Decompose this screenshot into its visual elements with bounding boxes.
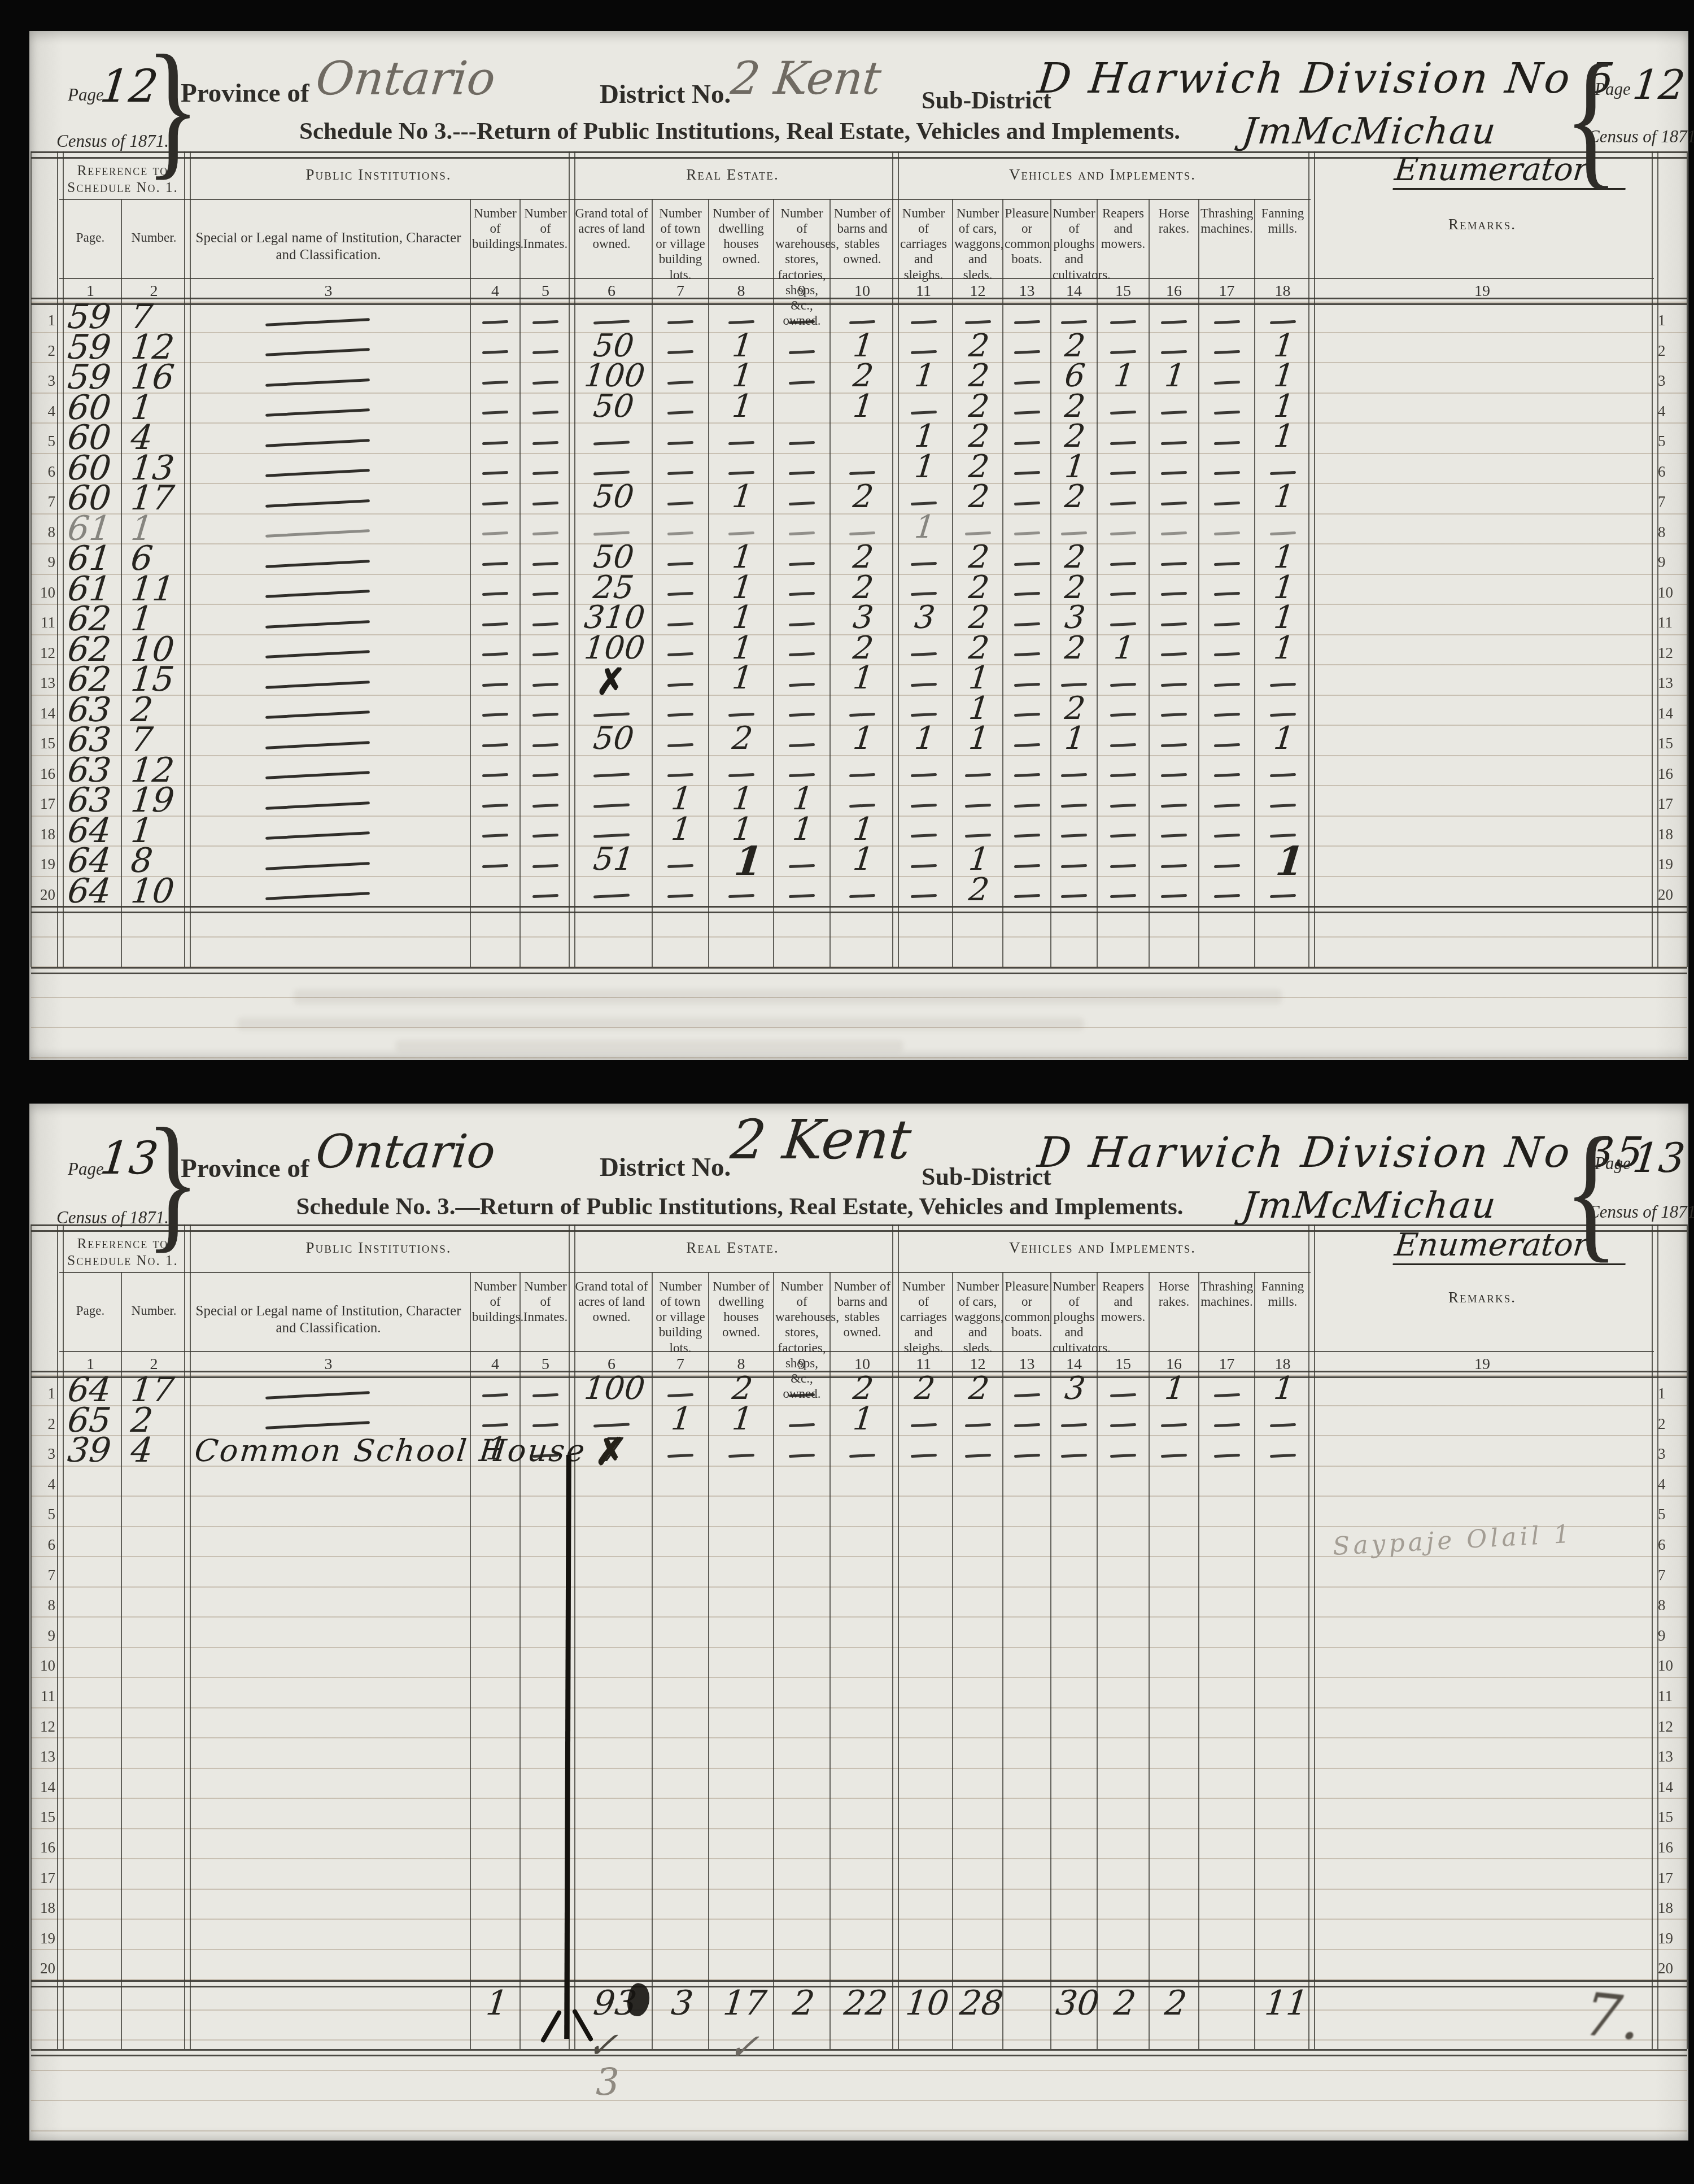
grid-vline-double-p12 (569, 151, 575, 967)
column-label-10-p12: Number of barns and stables owned. (832, 206, 893, 267)
row-number-left-14-p13: 14 (33, 1778, 55, 1796)
row-number-right-6-p13: 6 (1658, 1536, 1666, 1554)
cell-r7-c12-p12: 2 (967, 478, 990, 515)
cell-r19-c18-p12: 1 (1273, 838, 1306, 884)
row-number-left-11-p12: 11 (33, 614, 55, 631)
column-number-6-p12: 6 (571, 282, 652, 300)
table-top-rule-p12 (31, 151, 1687, 159)
column-label-12-p13: Number of cars, waggons, and sleds. (954, 1279, 1001, 1355)
column-label-3-p13: Special or Legal name of Institution, Ch… (188, 1303, 469, 1336)
table-end-rule-p13 (31, 2049, 1687, 2056)
row-number-left-18-p13: 18 (33, 1899, 55, 1917)
right-page-number-p12: 12 (1631, 61, 1687, 108)
cell-r2-c8-p13: 1 (730, 1401, 754, 1437)
group-public-institutions-p13: Public Institutions. (186, 1239, 571, 1257)
row-number-right-19-p12: 19 (1658, 856, 1673, 873)
column-number-15-p13: 15 (1097, 1355, 1149, 1374)
grid-vline-p12 (1097, 199, 1098, 967)
column-number-3-p13: 3 (186, 1355, 470, 1374)
enumerator-signature-p13: JmMcMichau (1240, 1185, 1499, 1227)
row-number-right-1-p13: 1 (1658, 1385, 1666, 1402)
column-label-14-p12: Number of ploughs and cultivators. (1053, 206, 1095, 282)
grid-vline-double-p13 (57, 1224, 64, 2049)
row-number-right-12-p12: 12 (1658, 644, 1673, 662)
grid-vline-p13 (1050, 1272, 1051, 2049)
column-label-7-p13: Number of town or village building lots. (654, 1279, 707, 1355)
column-label-9-p12: Number of warehouses, stores, factories,… (775, 206, 828, 328)
row-number-left-9-p13: 9 (33, 1627, 55, 1645)
grid-vline-p13 (470, 1272, 471, 2049)
column-label-5-p12: Number of Inmates. (522, 206, 569, 251)
right-page-word-p12: Page (1595, 79, 1631, 99)
column-label-13-p12: Pleasure or common boats. (1005, 206, 1049, 267)
grid-vline-p13 (1198, 1272, 1199, 2049)
cell-r7-c6-p12: 50 (592, 478, 636, 515)
cell-r19-c10-p12: 1 (852, 841, 875, 878)
province-value-p12: Ontario (313, 52, 498, 106)
column-label-11-p12: Number of carriages and sleighs. (896, 206, 951, 282)
row-number-left-17-p13: 17 (33, 1869, 55, 1887)
grid-vline-p12 (1254, 199, 1255, 967)
column-number-17-p12: 17 (1199, 282, 1255, 300)
column-label-5-p13: Number of Inmates. (522, 1279, 569, 1324)
column-number-9-p12: 9 (774, 282, 830, 300)
totals-c9-p13: 2 (791, 1984, 817, 2023)
row-number-left-12-p12: 12 (33, 644, 55, 662)
column-number-4-p13: 4 (470, 1355, 520, 1374)
cell-r15-c12-p12: 1 (967, 720, 990, 757)
grid-vline-p12 (829, 199, 831, 967)
column-label-3-p12: Special or Legal name of Institution, Ch… (188, 230, 469, 263)
column-number-11-p12: 11 (894, 282, 953, 300)
right-brace-p13: { (1564, 1104, 1618, 1279)
grid-vline-p12 (1198, 199, 1199, 967)
row-number-right-15-p13: 15 (1658, 1808, 1673, 1826)
column-number-19-p13: 19 (1311, 1355, 1654, 1374)
row-number-right-17-p13: 17 (1658, 1869, 1673, 1887)
cell-page-r3-p13: 39 (66, 1431, 113, 1470)
column-label-17-p13: Thrashing machines. (1200, 1279, 1253, 1309)
row-number-right-9-p13: 9 (1658, 1627, 1666, 1645)
province-label-p13: Province of (181, 1153, 309, 1184)
row-number-left-5-p13: 5 (33, 1506, 55, 1523)
census-label-p12: Census of 1871. (56, 131, 169, 151)
label-bottom-rule-p12 (59, 278, 1654, 279)
row-number-left-2-p13: 2 (33, 1415, 55, 1433)
cell-r5-c18-p12: 1 (1272, 418, 1295, 455)
column-number-13-p13: 13 (1003, 1355, 1051, 1374)
column-number-8-p12: 8 (709, 282, 774, 300)
group-real-estate-p13: Real Estate. (571, 1239, 894, 1257)
right-page-number-p13: 13 (1631, 1134, 1687, 1182)
totals-c11-p13: 10 (903, 1984, 951, 2023)
paper-ruling-p13 (31, 1375, 1687, 2139)
grid-vline-p13 (519, 1272, 521, 2049)
grid-vline-p13 (708, 1272, 709, 2049)
row-number-right-16-p13: 16 (1658, 1839, 1673, 1856)
cell-r15-c11-p12: 1 (913, 720, 936, 757)
row-number-right-19-p13: 19 (1658, 1930, 1673, 1947)
cell-r2-c7-p13: 1 (670, 1401, 693, 1437)
cell-r12-c14-p12: 2 (1063, 630, 1087, 666)
column-number-7-p12: 7 (652, 282, 709, 300)
grid-vline-p13 (1002, 1272, 1003, 2049)
group-vehicles-implements-p13: Vehicles and Implements. (894, 1239, 1311, 1257)
row-number-right-18-p12: 18 (1658, 826, 1673, 843)
row-number-right-9-p12: 9 (1658, 553, 1666, 571)
province-label-p12: Province of (181, 78, 309, 108)
row-number-left-14-p12: 14 (33, 705, 55, 722)
cell-r4-c6-p12: 50 (592, 388, 636, 425)
right-page-word-p13: Page (1595, 1153, 1631, 1174)
cell-name-r3-p13: Common School House (193, 1433, 588, 1468)
cell-r3-c6-p13-strike: ✗ (595, 1429, 626, 1474)
row-number-left-20-p13: 20 (33, 1960, 55, 1977)
row-number-left-6-p12: 6 (33, 463, 55, 481)
district-value-p12: 2 Kent (728, 52, 884, 104)
row-number-left-16-p13: 16 (33, 1839, 55, 1856)
grid-vline-p12 (1149, 199, 1150, 967)
grid-vline-p13 (1687, 1224, 1688, 2049)
column-label-11-p13: Number of carriages and sleighs. (896, 1279, 951, 1355)
grid-vline-p13 (1097, 1272, 1098, 2049)
row-number-left-4-p13: 4 (33, 1476, 55, 1493)
row-number-left-7-p12: 7 (33, 493, 55, 511)
group-vehicles-implements-p12: Vehicles and Implements. (894, 166, 1311, 184)
totals-c14-p13: 30 (1054, 1984, 1101, 2023)
cell-r19-c8-p12: 1 (732, 838, 764, 884)
column-number-9-p13: 9 (774, 1355, 830, 1374)
row-number-right-4-p13: 4 (1658, 1476, 1666, 1493)
census-scan: Page12}Census of 1871.Province ofOntario… (0, 0, 1694, 2184)
cell-r1-c14-p13: 3 (1063, 1370, 1087, 1407)
column-label-6-p12: Grand total of acres of land owned. (573, 206, 650, 251)
cell-r18-c7-p12: 1 (670, 811, 693, 848)
cell-number-r3-p13: 4 (129, 1431, 155, 1470)
totals-c15-p13: 2 (1112, 1984, 1138, 2023)
checkmark-under-houses-p13: ✓ (726, 2026, 761, 2068)
remarks-header-p13: Remarks. (1311, 1289, 1654, 1306)
district-label-p13: District No. (600, 1152, 731, 1183)
row-number-right-10-p13: 10 (1658, 1657, 1673, 1675)
row-number-right-14-p12: 14 (1658, 705, 1673, 722)
totals-c7-p13: 3 (669, 1984, 695, 2023)
grid-vline-p13 (30, 1224, 32, 2049)
pencil-seven-p13: 7. (1581, 1980, 1644, 2054)
totals-c16-p13: 2 (1163, 1984, 1189, 2023)
cell-r7-c10-p12: 2 (852, 478, 875, 515)
row-number-right-2-p12: 2 (1658, 342, 1666, 360)
row-number-right-13-p12: 13 (1658, 674, 1673, 692)
column-number-19-p12: 19 (1311, 282, 1654, 300)
grid-vline-double-p13 (184, 1224, 191, 2049)
district-label-p12: District No. (600, 79, 731, 110)
column-number-14-p12: 14 (1051, 282, 1097, 300)
row-number-left-19-p13: 19 (33, 1930, 55, 1947)
group-bottom-rule-p13 (59, 1272, 1311, 1273)
row-number-right-7-p12: 7 (1658, 493, 1666, 511)
row-number-right-15-p12: 15 (1658, 735, 1673, 752)
row-number-right-16-p12: 16 (1658, 765, 1673, 783)
column-label-15-p13: Reapers and mowers. (1099, 1279, 1147, 1324)
cell-r8-c11-p12: 1 (913, 509, 936, 546)
grid-vline-p12 (30, 151, 32, 967)
column-number-7-p13: 7 (652, 1355, 709, 1374)
row-number-right-20-p13: 20 (1658, 1960, 1673, 1977)
district-value-p13: 2 Kent (728, 1108, 914, 1171)
cell-r3-c11-p12: 1 (913, 358, 936, 394)
cell-r15-c18-p12: 1 (1272, 720, 1295, 757)
group-real-estate-p12: Real Estate. (571, 166, 894, 184)
group-bottom-rule-p12 (59, 199, 1311, 200)
row-number-right-13-p13: 13 (1658, 1748, 1673, 1765)
column-number-17-p13: 17 (1199, 1355, 1255, 1374)
column-label-4-p12: Number of buildings. (472, 206, 518, 251)
row-number-right-1-p12: 1 (1658, 312, 1666, 329)
schedule-title-p12: Schedule No 3.---Return of Public Instit… (243, 117, 1237, 145)
subdistrict-value-p13: D Harwich Division No 35 (1035, 1128, 1647, 1177)
cell-r3-c15-p12: 1 (1112, 358, 1136, 394)
row-number-right-12-p13: 12 (1658, 1718, 1673, 1736)
row-number-left-20-p12: 20 (33, 886, 55, 904)
row-number-right-3-p13: 3 (1658, 1445, 1666, 1463)
column-number-13-p12: 13 (1003, 282, 1051, 300)
row-number-left-16-p12: 16 (33, 765, 55, 783)
grid-vline-p12 (519, 199, 521, 967)
column-label-7-p12: Number of town or village building lots. (654, 206, 707, 282)
schedule-title-p13: Schedule No. 3.—Return of Public Institu… (243, 1193, 1237, 1220)
cell-number-r20-p12: 10 (129, 871, 176, 911)
row-number-right-18-p13: 18 (1658, 1899, 1673, 1917)
cell-r1-c6-p13: 100 (583, 1370, 647, 1407)
row-number-left-12-p13: 12 (33, 1718, 55, 1736)
column-number-16-p12: 16 (1149, 282, 1199, 300)
right-brace-p12: { (1564, 31, 1618, 206)
row-number-left-7-p13: 7 (33, 1567, 55, 1584)
grid-vline-p12 (1687, 151, 1688, 967)
row-number-right-7-p13: 7 (1658, 1567, 1666, 1584)
row-number-left-13-p12: 13 (33, 674, 55, 692)
row-number-right-11-p12: 11 (1658, 614, 1673, 631)
column-number-5-p12: 5 (520, 282, 571, 300)
row-number-right-4-p12: 4 (1658, 403, 1666, 420)
row-number-left-10-p12: 10 (33, 584, 55, 601)
cell-r15-c8-p12: 2 (730, 720, 754, 757)
row-number-left-4-p12: 4 (33, 403, 55, 420)
grid-vline-double-p12 (184, 151, 191, 967)
grid-vline-p12 (121, 199, 122, 967)
column-label-4-p13: Number of buildings. (472, 1279, 518, 1324)
row-number-right-10-p12: 10 (1658, 584, 1673, 601)
column-label-9-p13: Number of warehouses, stores, factories,… (775, 1279, 828, 1401)
cell-r13-c8-p12: 1 (730, 660, 754, 696)
column-label-8-p12: Number of dwelling houses owned. (710, 206, 772, 267)
row-number-left-2-p12: 2 (33, 342, 55, 360)
right-census-label-p13: Census of 1871. (1588, 1202, 1694, 1222)
data-bottom-rule-p12 (31, 906, 1687, 913)
grid-vline-p12 (470, 199, 471, 967)
cell-r1-c18-p13: 1 (1272, 1370, 1295, 1407)
pencil-three-p13: 3 (596, 2060, 619, 2104)
row-number-left-6-p13: 6 (33, 1536, 55, 1554)
cell-r13-c10-p12: 1 (852, 660, 875, 696)
group-public-institutions-p12: Public Institutions. (186, 166, 571, 184)
column-label-1-p12: Page. (61, 230, 120, 245)
show-through-smudge-2 (237, 1018, 1084, 1030)
column-label-15-p12: Reapers and mowers. (1099, 206, 1147, 251)
cell-r19-c6-p12: 51 (592, 841, 636, 878)
column-label-13-p13: Pleasure or common boats. (1005, 1279, 1049, 1340)
row-number-left-13-p13: 13 (33, 1748, 55, 1765)
cell-r7-c18-p12: 1 (1272, 478, 1295, 515)
column-number-12-p12: 12 (953, 282, 1003, 300)
cell-r7-c8-p12: 1 (730, 478, 754, 515)
column-label-16-p13: Horse rakes. (1151, 1279, 1197, 1309)
show-through-smudge-3 (395, 1040, 903, 1052)
totals-c10-p13: 22 (842, 1984, 889, 2023)
column-number-10-p12: 10 (830, 282, 894, 300)
grid-vline-p13 (773, 1272, 774, 2049)
show-through-smudge-1 (294, 989, 1282, 1004)
cell-r1-c11-p13: 2 (913, 1370, 936, 1407)
row-number-left-19-p12: 19 (33, 856, 55, 873)
totals-c18-p13: 11 (1263, 1984, 1310, 2023)
totals-c12-p13: 28 (958, 1984, 1005, 2023)
row-number-right-14-p13: 14 (1658, 1778, 1673, 1796)
column-number-18-p12: 18 (1255, 282, 1311, 300)
column-label-18-p12: Fanning mills. (1256, 206, 1309, 236)
column-label-6-p13: Grand total of acres of land owned. (573, 1279, 650, 1324)
cell-r4-c8-p12: 1 (730, 388, 754, 425)
cell-r4-c10-p12: 1 (852, 388, 875, 425)
column-number-4-p12: 4 (470, 282, 520, 300)
cell-r12-c15-p12: 1 (1112, 630, 1136, 666)
cell-page-r20-p12: 64 (66, 871, 113, 911)
row-number-left-15-p12: 15 (33, 735, 55, 752)
column-label-2-p13: Number. (123, 1303, 185, 1318)
column-label-1-p13: Page. (61, 1303, 120, 1318)
column-label-14-p13: Number of ploughs and cultivators. (1053, 1279, 1095, 1355)
column-label-16-p12: Horse rakes. (1151, 206, 1197, 236)
cell-r13-c6-p12-struck: ✗ (596, 661, 626, 703)
cell-r20-c12-p12: 2 (967, 871, 990, 908)
label-bottom-rule-p13 (59, 1351, 1654, 1352)
row-number-left-1-p12: 1 (33, 312, 55, 329)
cell-r15-c6-p12: 50 (592, 720, 636, 757)
grid-vline-p13 (652, 1272, 653, 2049)
grid-vline-double-p12 (1308, 151, 1315, 967)
grid-vline-p12 (1050, 199, 1051, 967)
row-number-right-6-p12: 6 (1658, 463, 1666, 481)
row-number-right-3-p12: 3 (1658, 372, 1666, 390)
enumerator-signature-p12: JmMcMichau (1240, 111, 1499, 152)
totals-c8-p13: 17 (721, 1984, 769, 2023)
row-number-right-11-p13: 11 (1658, 1688, 1673, 1705)
grid-vline-p13 (121, 1272, 122, 2049)
row-number-left-8-p12: 8 (33, 524, 55, 541)
column-label-18-p13: Fanning mills. (1256, 1279, 1309, 1309)
column-label-2-p12: Number. (123, 230, 185, 245)
cell-r3-c16-p12: 1 (1163, 358, 1187, 394)
column-label-17-p12: Thrashing machines. (1200, 206, 1253, 236)
grid-vline-p12 (708, 199, 709, 967)
column-label-12-p12: Number of cars, waggons, and sleds. (954, 206, 1001, 282)
row-number-left-5-p12: 5 (33, 433, 55, 450)
row-number-left-15-p13: 15 (33, 1808, 55, 1826)
row-number-left-18-p12: 18 (33, 826, 55, 843)
table-end-rule-p12 (31, 967, 1687, 974)
row-number-right-5-p13: 5 (1658, 1506, 1666, 1523)
grid-vline-double-p13 (1308, 1224, 1315, 2049)
cell-r1-c12-p13: 2 (967, 1370, 990, 1407)
right-census-label-p12: Census of 1871. (1588, 127, 1694, 147)
province-value-p13: Ontario (313, 1125, 498, 1179)
cell-r15-c10-p12: 1 (852, 720, 875, 757)
column-label-10-p13: Number of barns and stables owned. (832, 1279, 893, 1340)
grid-vline-p13 (1149, 1272, 1150, 2049)
ref-group-header-p13: Reference to Schedule No. 1. (59, 1236, 186, 1270)
grid-vline-p12 (773, 199, 774, 967)
cell-r1-c16-p13: 1 (1163, 1370, 1187, 1407)
remarks-header-p12: Remarks. (1311, 216, 1654, 233)
cell-r18-c9-p12: 1 (791, 811, 815, 848)
cell-r6-c11-p12: 1 (913, 448, 936, 485)
table-top-rule-p13 (31, 1224, 1687, 1232)
grid-vline-p13 (829, 1272, 831, 2049)
row-number-left-9-p12: 9 (33, 553, 55, 571)
row-number-left-3-p13: 3 (33, 1445, 55, 1463)
grid-vline-p13 (952, 1272, 953, 2049)
column-number-15-p12: 15 (1097, 282, 1149, 300)
row-number-right-8-p12: 8 (1658, 524, 1666, 541)
grid-vline-p12 (652, 199, 653, 967)
subdistrict-value-p12: D Harwich Division No 5 (1035, 54, 1618, 103)
ref-group-header-p12: Reference to Schedule No. 1. (59, 163, 186, 197)
cell-r12-c18-p12: 1 (1272, 630, 1295, 666)
row-number-left-3-p12: 3 (33, 372, 55, 390)
grid-vline-p13 (1254, 1272, 1255, 2049)
row-number-right-20-p12: 20 (1658, 886, 1673, 904)
row-number-right-17-p12: 17 (1658, 795, 1673, 813)
column-number-3-p12: 3 (186, 282, 470, 300)
grid-vline-p12 (1002, 199, 1003, 967)
row-number-left-8-p13: 8 (33, 1597, 55, 1614)
totals-c4-p13: 1 (484, 1984, 510, 2023)
row-number-right-5-p12: 5 (1658, 433, 1666, 450)
grid-vline-p12 (952, 199, 953, 967)
row-number-right-8-p13: 8 (1658, 1597, 1666, 1614)
row-number-right-2-p13: 2 (1658, 1415, 1666, 1433)
cell-r7-c14-p12: 2 (1063, 478, 1087, 515)
subdistrict-label-p12: Sub-District (922, 86, 1051, 115)
column-label-8-p13: Number of dwelling houses owned. (710, 1279, 772, 1340)
cell-r15-c14-p12: 1 (1063, 720, 1087, 757)
row-number-left-11-p13: 11 (33, 1688, 55, 1705)
cell-r3-c4-p13: 1 (484, 1431, 508, 1467)
row-number-left-17-p12: 17 (33, 795, 55, 813)
grid-vline-double-p12 (57, 151, 64, 967)
subdistrict-label-p13: Sub-District (922, 1162, 1051, 1191)
row-number-left-10-p13: 10 (33, 1657, 55, 1675)
cell-r11-c11-p12: 3 (913, 599, 936, 636)
cell-r2-c10-p13: 1 (852, 1401, 875, 1437)
column-number-5-p13: 5 (520, 1355, 571, 1374)
row-number-left-1-p13: 1 (33, 1385, 55, 1402)
